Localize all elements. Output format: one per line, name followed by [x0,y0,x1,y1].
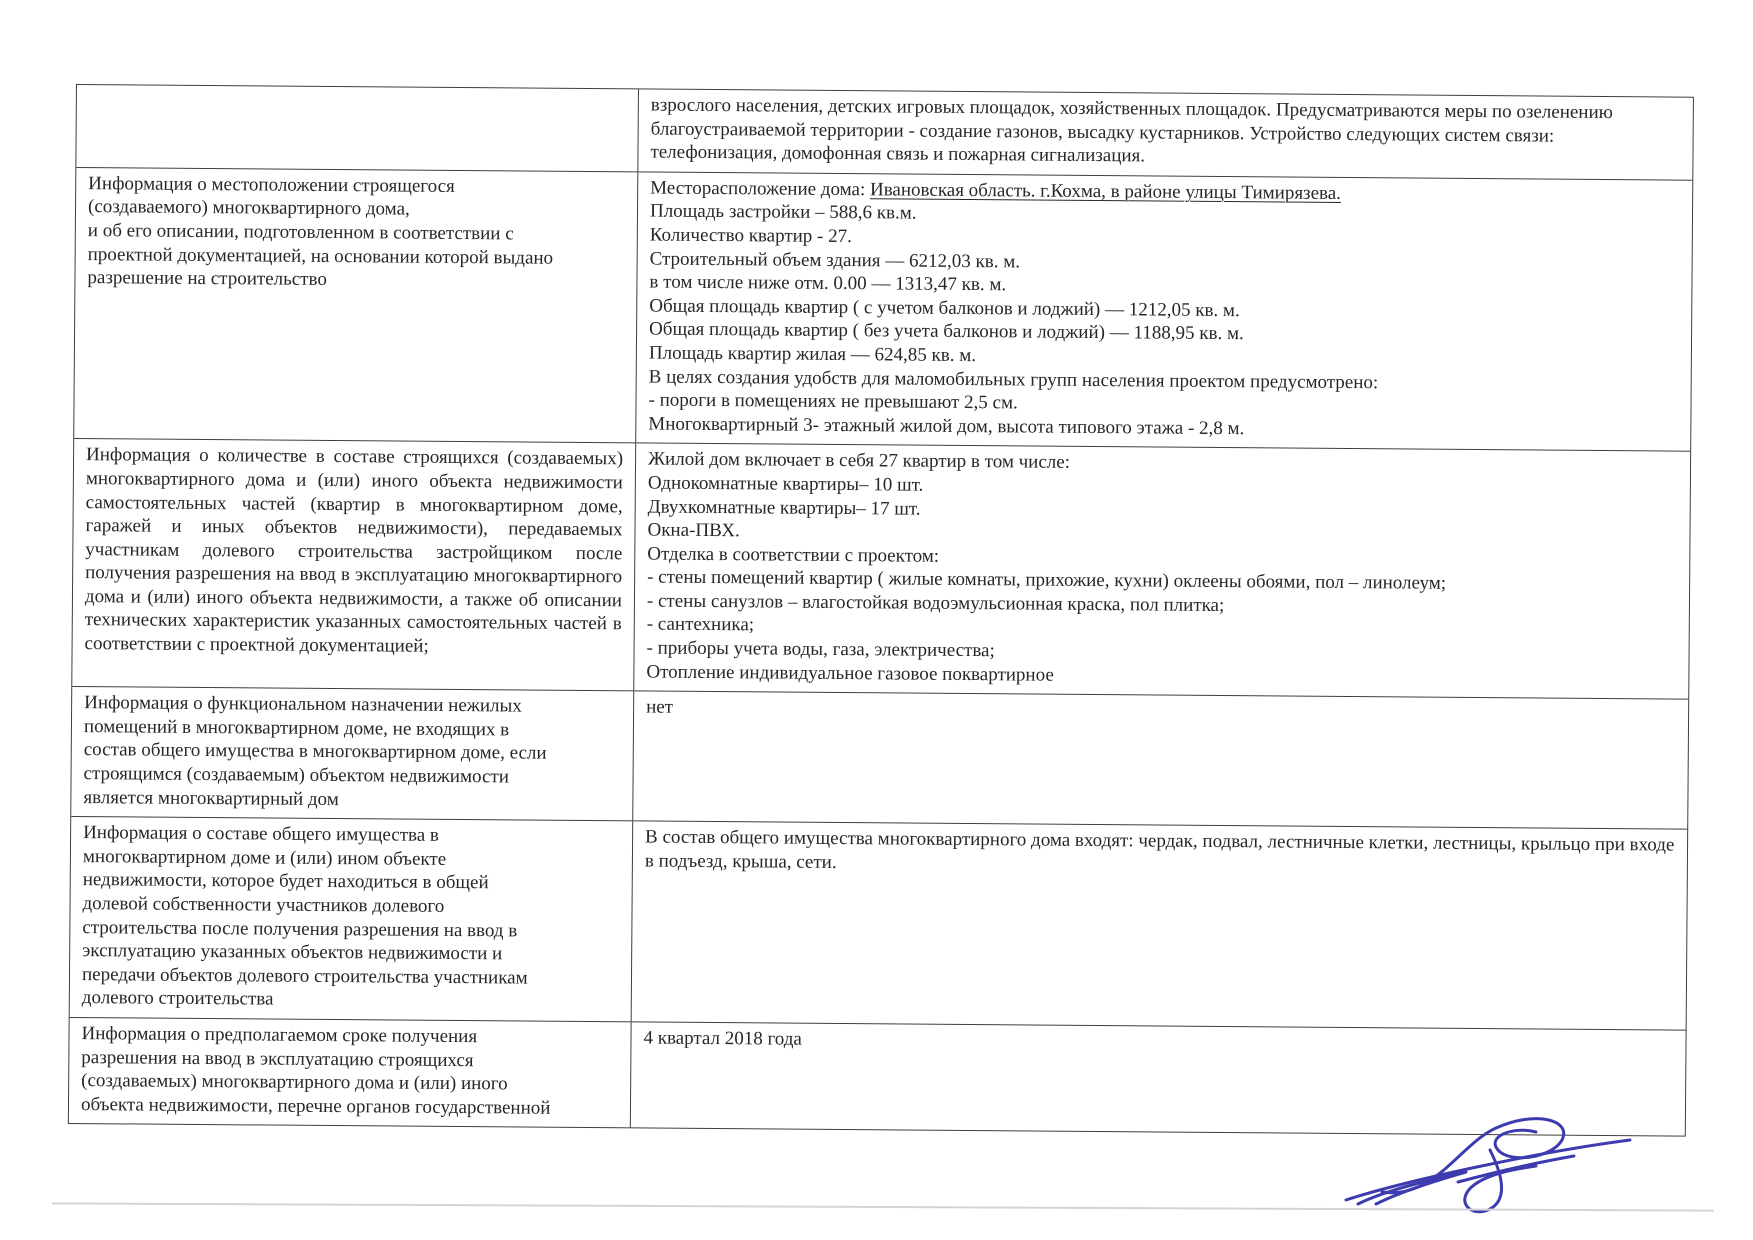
label-cell-nonresidential: Информация о функциональном назначении н… [71,687,634,820]
scanned-document-page: { "colors": { "table_border": "#3e3e3e",… [0,0,1753,1240]
table-row-location: Информация о местоположении строящегося … [74,168,1692,452]
declaration-table: взрослого населения, детских игровых пло… [68,84,1694,1137]
value-cell-continuation: взрослого населения, детских игровых пло… [638,89,1693,179]
label-cell-common-property: Информация о составе общего имущества в … [70,817,634,1021]
label-cell-commissioning-term: Информация о предполагаемом сроке получе… [69,1018,632,1128]
label-cell-empty [76,85,639,171]
location-details: Площадь застройки – 588,6 кв.м. Количест… [648,200,1680,444]
label-cell-location: Информация о местоположении строящегося … [74,168,638,443]
value-cell-common-property: В состав общего имущества многоквартирно… [632,822,1688,1030]
location-address-underlined: Ивановская область. г.Кохма, в районе ул… [870,179,1341,204]
signature-strokes [1346,1119,1630,1212]
value-cell-units-composition: Жилой дом включает в себя 27 квартир в т… [634,444,1690,699]
location-address-prefix: Месторасположение дома: [650,177,870,200]
handwritten-signature [1338,1112,1638,1222]
table-row-continuation: взрослого населения, детских игровых пло… [76,85,1693,180]
value-cell-nonresidential: нет [633,692,1688,829]
table-row-common-property: Информация о составе общего имущества в … [70,817,1688,1030]
declaration-table-tilt-wrapper: взрослого населения, детских игровых пло… [68,84,1692,1137]
table-row-units-composition: Информация о количестве в составе строящ… [72,439,1690,700]
label-cell-units-composition: Информация о количестве в составе строящ… [72,439,636,690]
value-cell-location: Месторасположение дома: Ивановская облас… [636,172,1692,451]
table-row-nonresidential: Информация о функциональном назначении н… [71,687,1688,830]
